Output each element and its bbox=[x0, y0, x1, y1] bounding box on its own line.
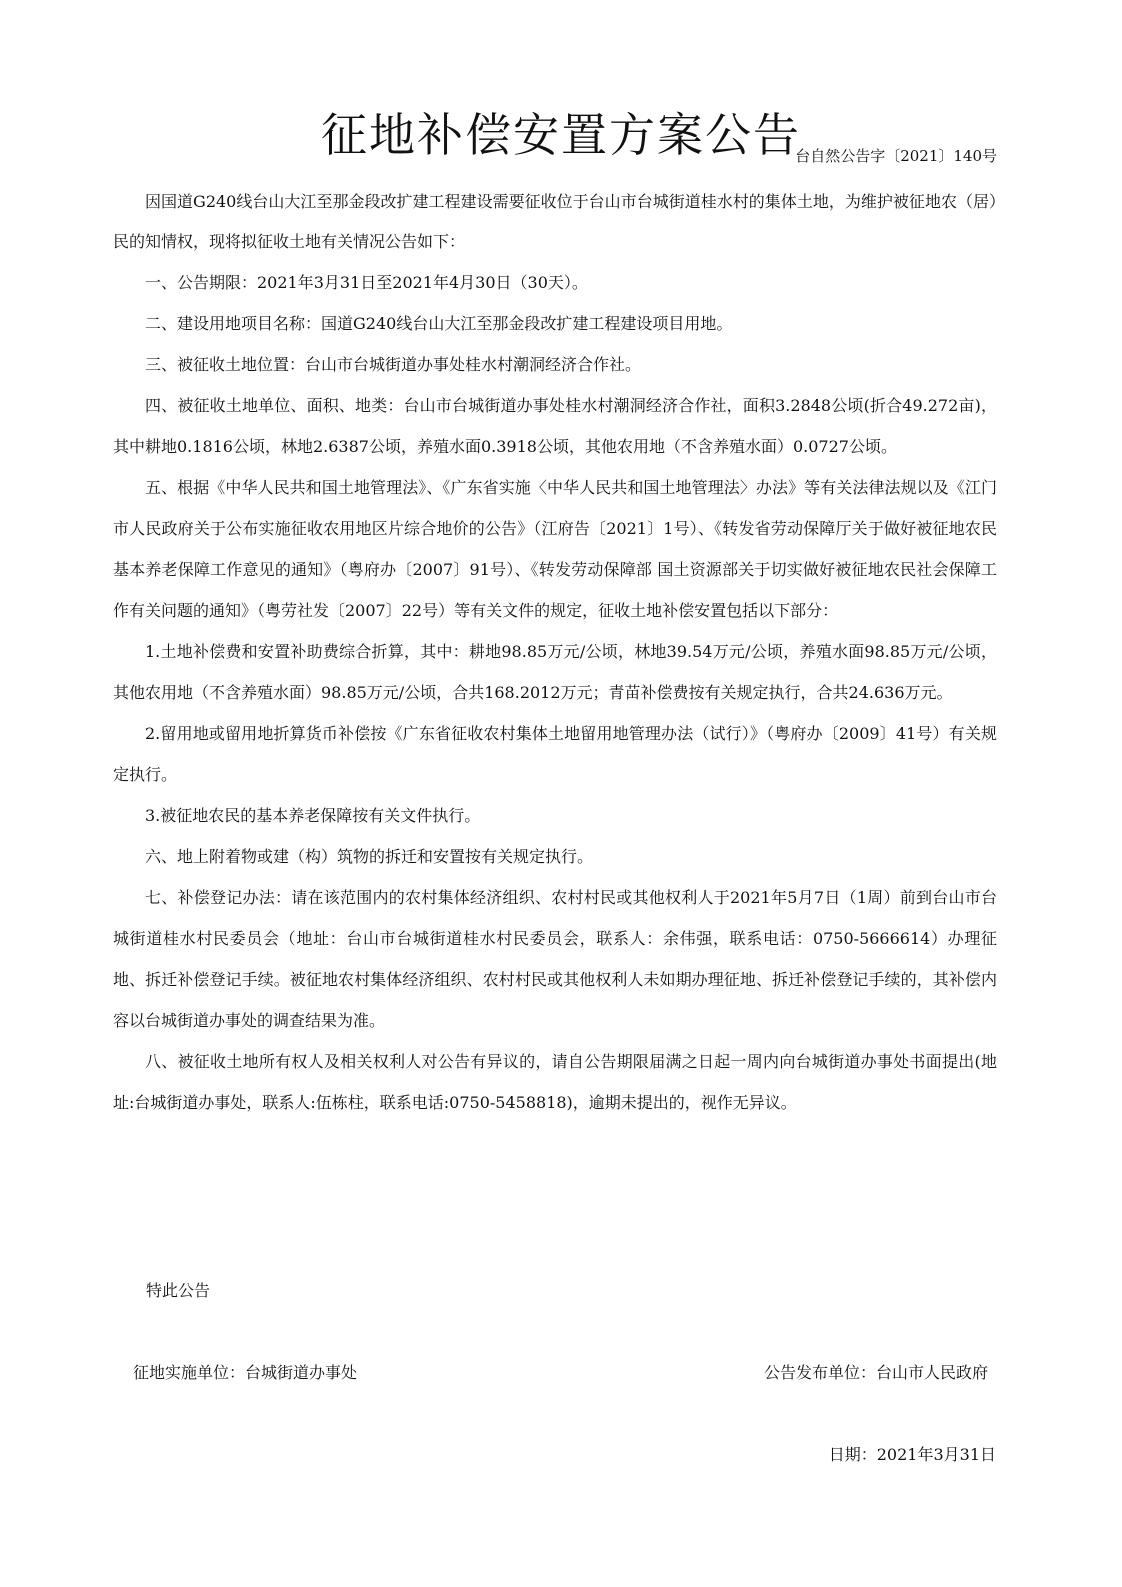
issuing-unit: 公告发布单位：台山市人民政府 bbox=[764, 1359, 988, 1387]
section-legal-basis: 五、根据《中华人民共和国土地管理法》、《广东省实施〈中华人民共和国土地管理法〉办… bbox=[113, 467, 997, 631]
section-compensation-3: 3.被征地农民的基本养老保障按有关文件执行。 bbox=[113, 795, 997, 836]
closing-statement: 特此公告 bbox=[146, 1276, 210, 1306]
section-land-area: 四、被征收土地单位、面积、地类：台山市台城街道办事处桂水村潮洞经济合作社，面积3… bbox=[113, 385, 997, 467]
section-project-name: 二、建设用地项目名称：国道G240线台山大江至那金段改扩建工程建设项目用地。 bbox=[113, 303, 997, 344]
section-compensation-2: 2.留用地或留用地折算货币补偿按《广东省征收农村集体土地留用地管理办法（试行）》… bbox=[113, 713, 997, 795]
implementing-unit: 征地实施单位：台城街道办事处 bbox=[133, 1359, 357, 1387]
section-compensation-1: 1.土地补偿费和安置补助费综合折算，其中：耕地98.85万元/公顷，林地39.5… bbox=[113, 631, 997, 713]
document-body: 因国道G240线台山大江至那金段改扩建工程建设需要征收位于台山市台城街道桂水村的… bbox=[113, 182, 997, 1123]
section-land-location: 三、被征收土地位置：台山市台城街道办事处桂水村潮洞经济合作社。 bbox=[113, 344, 997, 385]
section-objection: 八、被征收土地所有权人及相关权利人对公告有异议的，请自公告期限届满之日起一周内向… bbox=[113, 1041, 997, 1123]
intro-paragraph: 因国道G240线台山大江至那金段改扩建工程建设需要征收位于台山市台城街道桂水村的… bbox=[113, 182, 997, 262]
document-number: 台自然公告字〔2021〕140号 bbox=[795, 145, 997, 167]
section-demolition: 六、地上附着物或建（构）筑物的拆迁和安置按有关规定执行。 bbox=[113, 836, 997, 877]
section-period: 一、公告期限：2021年3月31日至2021年4月30日（30天）。 bbox=[113, 262, 997, 303]
section-registration: 七、补偿登记办法：请在该范围内的农村集体经济组织、农村村民或其他权利人于2021… bbox=[113, 877, 997, 1041]
issue-date: 日期：2021年3月31日 bbox=[829, 1441, 996, 1469]
